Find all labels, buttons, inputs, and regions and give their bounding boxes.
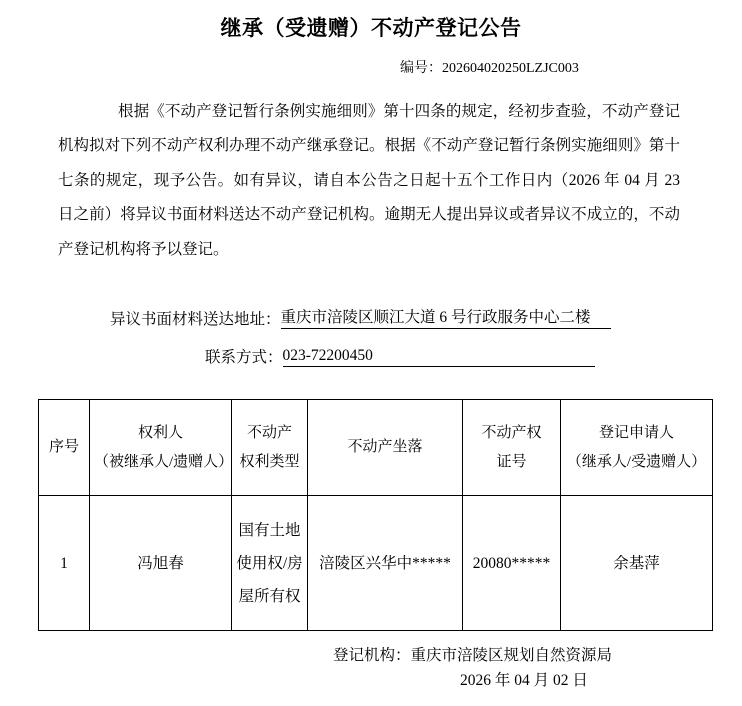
objection-address-label: 异议书面材料送达地址： (110, 311, 281, 328)
cell-right-type: 国有土地使用权/房屋所有权 (232, 496, 308, 631)
cell-seq: 1 (39, 496, 90, 631)
notice-document: 继承（受遗赠）不动产登记公告 编号：202604020250LZJC003 根据… (0, 0, 742, 706)
col-header-location-label: 不动产坐落 (312, 433, 458, 462)
objection-address-value: 重庆市涪陵区顺江大道 6 号行政服务中心二楼 (281, 305, 611, 329)
table-row: 1 冯旭春 国有土地使用权/房屋所有权 涪陵区兴华中***** 20080***… (39, 496, 713, 631)
col-header-rights-holder-line2: （被继承人/遗赠人） (94, 448, 227, 477)
col-header-cert-no-line2: 证号 (467, 448, 556, 477)
doc-number: 编号：202604020250LZJC003 (400, 57, 579, 77)
doc-number-label: 编号： (400, 61, 442, 76)
contact-label: 联系方式： (205, 349, 283, 366)
col-header-right-type-line2: 权利类型 (236, 448, 303, 477)
cell-location: 涪陵区兴华中***** (308, 496, 463, 631)
footer-authority-value: 重庆市涪陵区规划自然资源局 (411, 647, 613, 664)
col-header-seq: 序号 (39, 400, 90, 496)
cell-rights-holder: 冯旭春 (90, 496, 232, 631)
col-header-rights-holder: 权利人 （被继承人/遗赠人） (90, 400, 232, 496)
col-header-seq-label: 序号 (43, 433, 85, 462)
footer-authority: 登记机构：重庆市涪陵区规划自然资源局 (333, 643, 612, 665)
registration-table: 序号 权利人 （被继承人/遗赠人） 不动产 权利类型 不动产坐落 不动产权 证号… (38, 399, 713, 631)
cell-cert-no: 20080***** (463, 496, 561, 631)
contact-line: 联系方式：023-72200450 (205, 345, 595, 367)
footer-date: 2026 年 04 月 02 日 (460, 668, 588, 690)
col-header-rights-holder-line1: 权利人 (94, 419, 227, 448)
body-paragraph: 根据《不动产登记暂行条例实施细则》第十四条的规定，经初步查验，不动产登记机构拟对… (58, 95, 680, 267)
col-header-location: 不动产坐落 (308, 400, 463, 496)
col-header-applicant-line2: （继承人/受遗赠人） (565, 448, 708, 477)
cell-applicant: 余基萍 (561, 496, 713, 631)
col-header-right-type-line1: 不动产 (236, 419, 303, 448)
col-header-cert-no: 不动产权 证号 (463, 400, 561, 496)
doc-number-value: 202604020250LZJC003 (442, 61, 579, 76)
table-header-row: 序号 权利人 （被继承人/遗赠人） 不动产 权利类型 不动产坐落 不动产权 证号… (39, 400, 713, 496)
objection-address-line: 异议书面材料送达地址：重庆市涪陵区顺江大道 6 号行政服务中心二楼 (110, 305, 611, 329)
col-header-cert-no-line1: 不动产权 (467, 419, 556, 448)
col-header-right-type: 不动产 权利类型 (232, 400, 308, 496)
col-header-applicant-line1: 登记申请人 (565, 419, 708, 448)
contact-value: 023-72200450 (283, 347, 595, 367)
page-title: 继承（受遗赠）不动产登记公告 (0, 12, 742, 42)
footer-authority-label: 登记机构： (333, 647, 411, 664)
col-header-applicant: 登记申请人 （继承人/受遗赠人） (561, 400, 713, 496)
